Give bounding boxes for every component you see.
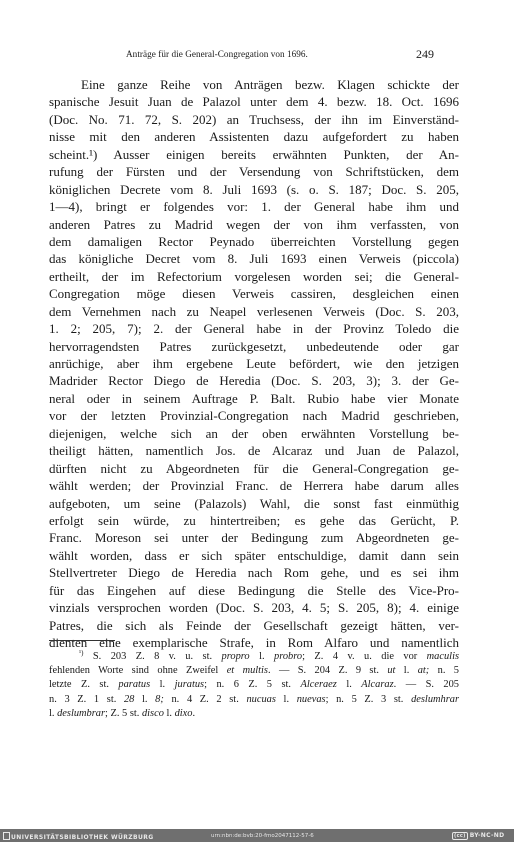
text-line: scheint.¹) Ausser einigen bereits erwähn… <box>49 146 459 163</box>
text-line: das königliche Decret vom 8. Juli 1693 e… <box>49 250 459 267</box>
text-line: dem damaligen Rector Peynado überreichte… <box>49 233 459 250</box>
running-title: Anträge für die General-Congregation von… <box>126 49 308 59</box>
footnote-italic: Alceraez <box>300 679 336 690</box>
footnote-italic: 8; <box>155 694 164 705</box>
text-line: wählt werden; der Provinzial Franc. de H… <box>49 477 459 494</box>
text-line: nisse mit den anderen Assistenten dazu a… <box>49 128 459 145</box>
text-line: Congregation möge diesen Verweis cassire… <box>49 285 459 302</box>
footnote-text: ; n. 5 Z. 3 st. <box>326 694 412 705</box>
footnote-italic: paratus <box>118 679 150 690</box>
footnote-text: l. <box>49 708 57 719</box>
footnote-text: l. <box>337 679 361 690</box>
footnote-italic: nuevas <box>297 694 326 705</box>
text-line: ertheilt, der im Refectorium vorgelesen … <box>49 268 459 285</box>
footnote-italic: probro <box>274 651 302 662</box>
footnote-text: fehlenden Worte sind ohne Zweifel <box>49 665 227 676</box>
footnote-marker: ¹) <box>79 649 83 657</box>
footnote-text: . — S. 204 Z. 9 st. <box>268 665 387 676</box>
footnote: ¹) S. 203 Z. 8 v. u. st. propro l. probr… <box>49 650 459 721</box>
text-line: königlichen Decrete vom 8. Juli 1693 (s.… <box>49 181 459 198</box>
body-paragraph: Eine ganze Reihe von Anträgen bezw. Klag… <box>49 76 459 651</box>
text-line: für das Eingehen auf diese Bedingung die… <box>49 582 459 599</box>
urn-link[interactable]: urn:nbn:de:bvb:20-fmo2047112-57-6 <box>211 833 314 839</box>
text-line: Madrider Rector Diego de Heredia (Doc. S… <box>49 372 459 389</box>
page-number: 249 <box>416 47 434 62</box>
footnote-text: n. 4 Z. 2 st. <box>164 694 247 705</box>
footnote-italic: at; <box>418 665 430 676</box>
footnote-text: ; Z. 4 v. u. die vor <box>302 651 427 662</box>
text-line: dürften nicht zu Abgeordneten für die Ge… <box>49 460 459 477</box>
footnote-text: S. 203 Z. 8 v. u. st. <box>93 651 222 662</box>
footnote-italic: nucuas <box>246 694 275 705</box>
library-logo-icon <box>3 832 10 840</box>
footnote-text: . — S. 205 <box>394 679 459 690</box>
footnote-italic: et multis <box>227 665 268 676</box>
footnote-line: l. deslumbrar; Z. 5 st. disco l. dixo. <box>49 707 459 721</box>
text-line: neral oder in seinem Auftrage P. Balt. R… <box>49 390 459 407</box>
footnote-italic: deslumhrar <box>411 694 459 705</box>
text-line: anderen Patres zu Madrid wegen der von i… <box>49 216 459 233</box>
text-line: spanische Jesuit Juan de Palazol unter d… <box>49 93 459 110</box>
footnote-text: ; Z. 5 st. <box>105 708 142 719</box>
text-line: erfolgt sein würde, zu hintertreiben; es… <box>49 512 459 529</box>
text-line: theiligt hätten, namentlich Jos. de Alca… <box>49 442 459 459</box>
text-line: vinzials versprochen worden (Doc. S. 203… <box>49 599 459 616</box>
footnote-divider <box>49 640 115 641</box>
text-line: wählt worden, dass er sich später entsch… <box>49 547 459 564</box>
text-line: rufung der Fürsten und der Versendung vo… <box>49 163 459 180</box>
footnote-text: l. <box>164 708 175 719</box>
footnote-text: l. <box>276 694 297 705</box>
footnote-italic: juratus <box>175 679 204 690</box>
footnote-line: letzte Z. st. paratus l. juratus; n. 6 Z… <box>49 678 459 692</box>
footnote-italic: deslumbrar <box>57 708 105 719</box>
footnote-text: l. <box>150 679 174 690</box>
footnote-text: l. <box>250 651 274 662</box>
footnote-italic: disco <box>142 708 164 719</box>
text-line: Stellvertreter Diego de Heredia nach Rom… <box>49 564 459 581</box>
footnote-italic: propro <box>222 651 250 662</box>
footnote-text: n. 3 Z. 1 st. <box>49 694 124 705</box>
text-line: (Doc. No. 71. 72, S. 202) an Truchsess, … <box>49 111 459 128</box>
text-line: 1. 2; 205, 7); 2. der General habe in de… <box>49 320 459 337</box>
library-name: UNIVERSITÄTSBIBLIOTHEK WÜRZBURG <box>11 834 154 841</box>
library-logo[interactable]: UNIVERSITÄTSBIBLIOTHEK WÜRZBURG <box>3 832 154 841</box>
footnote-italic: Alcaraz <box>361 679 393 690</box>
text-line: diejenigen, welche sich an der oben erwä… <box>49 425 459 442</box>
text-line: anrüchige, aber ihm ergebene Leute beför… <box>49 355 459 372</box>
license-label: BY-NC-ND <box>470 832 505 839</box>
text-line: 1—4), bringt er folgendes vor: 1. der Ge… <box>49 198 459 215</box>
text-line: dienten eine exemplarische Strafe, in Ro… <box>49 634 459 651</box>
footnote-text: letzte Z. st. <box>49 679 118 690</box>
footnote-text: n. 5 <box>429 665 459 676</box>
footnote-italic: dixo <box>175 708 193 719</box>
footer-bar: UNIVERSITÄTSBIBLIOTHEK WÜRZBURG urn:nbn:… <box>0 829 514 842</box>
text-line: hervorragendsten Patres zurückgesetzt, u… <box>49 338 459 355</box>
text-line: Patres, die sich als Feinde der Gesellsc… <box>49 617 459 634</box>
footnote-italic: 28 <box>124 694 134 705</box>
footnote-line: ¹) S. 203 Z. 8 v. u. st. propro l. probr… <box>49 650 459 664</box>
text-line: Franc. Moreson sei unter der Bedingung z… <box>49 529 459 546</box>
footnote-line: fehlenden Worte sind ohne Zweifel et mul… <box>49 664 459 678</box>
footnote-text: . <box>192 708 195 719</box>
creative-commons-icon: (cc) <box>452 832 468 840</box>
footnote-text: l. <box>134 694 155 705</box>
license-badge[interactable]: (cc)BY-NC-ND <box>452 832 504 840</box>
page-header: Anträge für die General-Congregation von… <box>0 49 514 65</box>
footnote-text: ; n. 6 Z. 5 st. <box>204 679 300 690</box>
footnote-italic: maculis <box>427 651 459 662</box>
text-line: vor der letzten Provinzial-Congregation … <box>49 407 459 424</box>
footnote-text: l. <box>395 665 417 676</box>
text-line: Eine ganze Reihe von Anträgen bezw. Klag… <box>49 76 459 93</box>
footnote-line: n. 3 Z. 1 st. 28 l. 8; n. 4 Z. 2 st. nuc… <box>49 693 459 707</box>
text-line: dem Vernehmen nach zu Neapel verlesenen … <box>49 303 459 320</box>
text-line: aufgeboten, um seine (Palazols) Wahl, di… <box>49 495 459 512</box>
